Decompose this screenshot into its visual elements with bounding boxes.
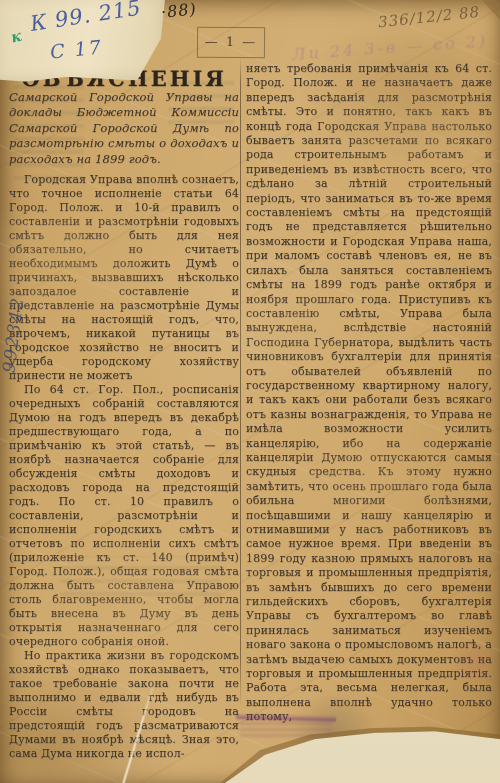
catalog-number-handwriting: К 99. 215¯ (29, 0, 155, 36)
ink-number-annotation: ·88) (160, 0, 197, 22)
right-column: няетъ требованія примѣчанія къ 64 ст. Го… (246, 62, 492, 725)
shelf-code-handwriting: С 17 (49, 37, 104, 64)
paragraph: няетъ требованія примѣчанія къ 64 ст. Го… (246, 62, 492, 725)
green-ink-mark: к (9, 27, 23, 47)
pencil-number-annotation: 336/12/2 88 (377, 3, 481, 32)
catalog-label: к К 99. 215¯ С 17 (0, 0, 166, 82)
left-column: ОБЪЯСНЕНІЯ Самарской Городской Управы на… (9, 72, 239, 761)
faded-stamp-fragment (452, 638, 498, 686)
scanned-document-page: ОБЪЯСНЕНІЯ Самарской Городской Управы на… (0, 0, 500, 783)
page-number: — 1 — (205, 35, 258, 50)
document-subtitle: Самарской Городской Управы на доклады Бю… (9, 90, 239, 167)
faint-script-annotation: Ли 24 3-в — со 2) (292, 31, 489, 64)
corner-shadow (482, 0, 500, 20)
column-divider-rule (240, 58, 241, 708)
paragraph: По 64 ст. Гор. Пол., росписанія очередны… (9, 383, 239, 649)
page-number-box: — 1 — (197, 27, 265, 58)
paragraph: Но практика жизни въ городскомъ хозяйств… (9, 649, 239, 761)
paragraph: Городская Управа вполнѣ сознаетъ, что то… (9, 173, 239, 383)
